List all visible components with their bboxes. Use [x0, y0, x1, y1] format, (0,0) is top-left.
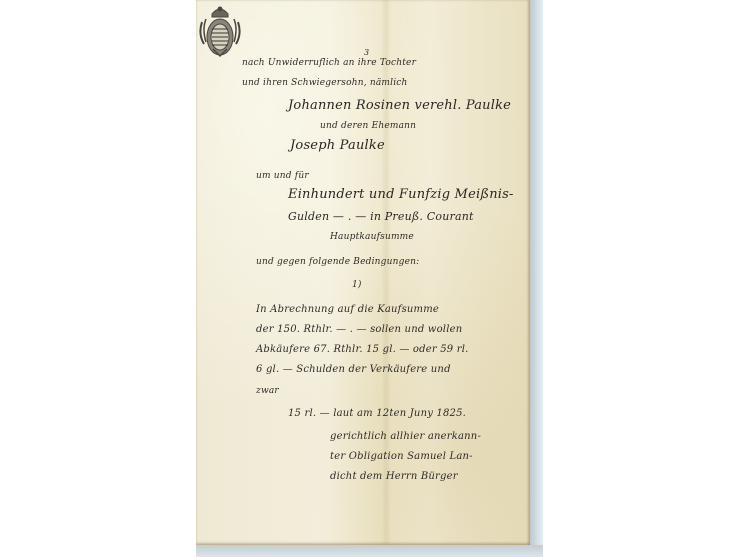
text-line: zwar [256, 386, 279, 396]
text-line: dicht dem Herrn Bürger [330, 471, 458, 482]
text-line: ter Obligation Samuel Lan- [330, 451, 473, 462]
text-line: gerichtlich allhier anerkann- [330, 431, 481, 442]
scan-shadow-bottom [196, 545, 543, 557]
text-line-name: Joseph Paulke [290, 138, 385, 153]
text-line: Hauptkaufsumme [330, 232, 414, 242]
text-line: 6 gl. — Schulden der Verkäufere und [256, 364, 451, 375]
text-line-name: Johannen Rosinen verehl. Paulke [288, 98, 511, 113]
text-line: und deren Ehemann [320, 121, 416, 131]
text-line-amount: Einhundert und Funfzig Meißnis- [288, 187, 514, 202]
text-line: Gulden — . — in Preuß. Courant [288, 210, 474, 223]
text-line: und gegen folgende Bedingungen: [256, 257, 419, 267]
scan-shadow-right [529, 0, 543, 557]
text-line: 15 rl. — laut am 12ten Juny 1825. [288, 408, 466, 419]
coat-of-arms-seal-icon [198, 4, 242, 64]
document-page: 3 nach Unwiderruflich an ihre Tochter un… [196, 0, 530, 545]
text-line: nach Unwiderruflich an ihre Tochter [242, 58, 416, 68]
text-line: um und für [256, 171, 309, 181]
page-number-mark: 3 [364, 48, 369, 57]
text-line: In Abrechnung auf die Kaufsumme [256, 304, 439, 315]
clause-number: 1) [352, 280, 362, 290]
text-line: und ihren Schwiegersohn, nämlich [242, 78, 408, 88]
text-line: Abkäufere 67. Rthlr. 15 gl. — oder 59 rl… [256, 344, 469, 355]
text-line: der 150. Rthlr. — . — sollen und wollen [256, 324, 462, 335]
